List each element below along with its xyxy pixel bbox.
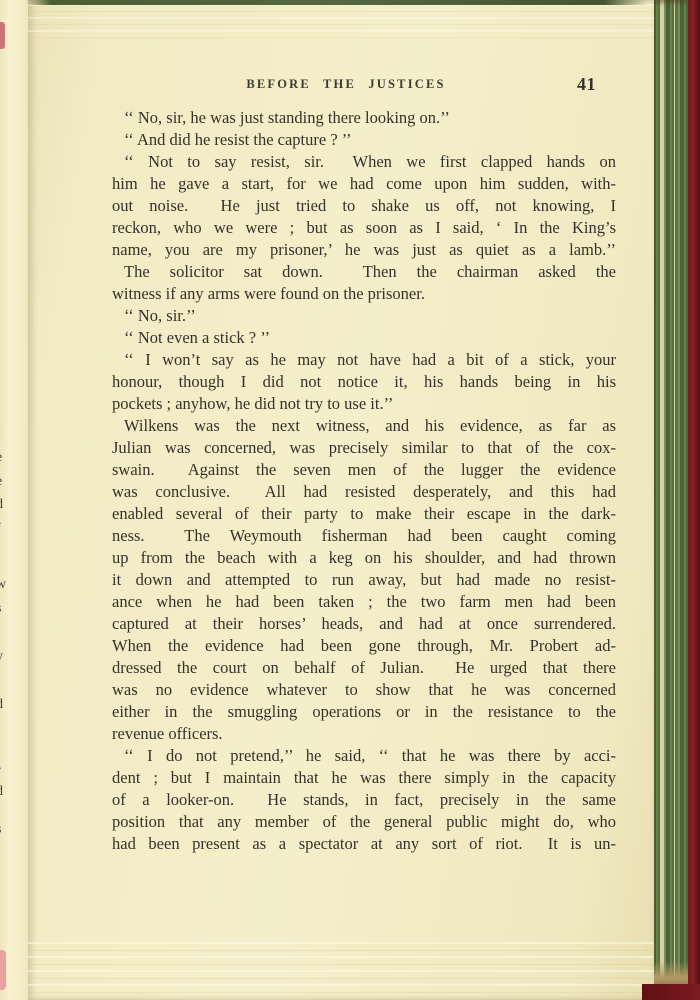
text-line: ‘‘ I won’t say as he may not have had a … [112, 349, 616, 371]
text-line: ‘‘ Not to say resist, sir. When we first… [112, 151, 616, 173]
cut-letter-fragment: d [0, 784, 3, 800]
cut-letter-fragment: w [0, 577, 6, 593]
text-line: swain. Against the seven men of the lugg… [112, 459, 616, 481]
book-page: BEFORE THE JUSTICES 41 ‘‘ No, sir, he wa… [28, 0, 658, 1000]
text-line: dressed the court on behalf of Julian. H… [112, 657, 616, 679]
page-header: BEFORE THE JUSTICES 41 [112, 77, 616, 95]
text-line: dent ; but I maintain that he was there … [112, 767, 616, 789]
cut-letter-fragment: e [0, 474, 2, 490]
text-line: it down and attempted to run away, but h… [112, 569, 616, 591]
text-line: ness. The Weymouth fisherman had been ca… [112, 525, 616, 547]
text-line: was conclusive. All had resisted despera… [112, 481, 616, 503]
cut-letter-fragment: y [0, 649, 3, 665]
text-line: Julian was concerned, was precisely simi… [112, 437, 616, 459]
cut-letter-fragment: - [0, 424, 1, 440]
running-title: BEFORE THE JUSTICES [112, 77, 580, 92]
page-text-block: ‘‘ No, sir, he was just standing there l… [112, 107, 616, 855]
text-line: was no evidence whatever to show that he… [112, 679, 616, 701]
cut-letter-fragment: s [0, 822, 1, 838]
text-line: had been present as a spectator at any s… [112, 833, 616, 855]
text-line: When the evidence had been gone through,… [112, 635, 616, 657]
text-line: him he gave a start, for we had come upo… [112, 173, 616, 195]
text-line: out noise. He just tried to shake us off… [112, 195, 616, 217]
red-edge-mark-bottom [0, 950, 6, 990]
open-book-photo: BEFORE THE JUSTICES 41 ‘‘ No, sir, he wa… [0, 0, 700, 1000]
text-line: ance when he had been taken ; the two fa… [112, 591, 616, 613]
cut-letter-fragment: d [0, 497, 3, 513]
text-line: name, you are my prisoner,’ he was just … [112, 239, 616, 261]
cover-corner [642, 984, 700, 1000]
text-line: enabled several of their party to make t… [112, 503, 616, 525]
cut-letter-fragment: s [0, 601, 1, 617]
text-line: pockets ; anyhow, he did not try to use … [112, 393, 616, 415]
text-line: ‘‘ No, sir, he was just standing there l… [112, 107, 616, 129]
text-line: The solicitor sat down. Then the chairma… [112, 261, 616, 283]
red-edge-mark-top [0, 22, 5, 49]
text-line: up from the beach with a keg on his shou… [112, 547, 616, 569]
text-line: Wilkens was the next witness, and his ev… [112, 415, 616, 437]
text-line: position that any member of the general … [112, 811, 616, 833]
page-fore-edge-stain [654, 0, 688, 986]
text-line: ‘‘ And did he resist the capture ? ’’ [112, 129, 616, 151]
cut-letter-fragment: r [0, 763, 1, 779]
cut-letter-fragment: e [0, 450, 2, 466]
page-number: 41 [577, 74, 596, 95]
page-top-edge-stain [26, 0, 648, 5]
text-line: ‘‘ No, sir.’’ [112, 305, 616, 327]
text-line: honour, though I did not notice it, his … [112, 371, 616, 393]
text-line: of a looker-on. He stands, in fact, prec… [112, 789, 616, 811]
text-line: reckon, who we were ; but as soon as I s… [112, 217, 616, 239]
cut-letter-fragment: d [0, 697, 3, 713]
text-line: ‘‘ Not even a stick ? ’’ [112, 327, 616, 349]
cut-letter-fragment: f [0, 521, 1, 537]
text-line: ‘‘ I do not pretend,’’ he said, ‘‘ that … [112, 745, 616, 767]
text-line: either in the smuggling operations or in… [112, 701, 616, 723]
facing-page-letter-fragments: -eedfwsty.dlrds [0, 0, 12, 1000]
text-line: captured at their horses’ heads, and had… [112, 613, 616, 635]
text-line: witness if any arms were found on the pr… [112, 283, 616, 305]
text-line: revenue officers. [112, 723, 616, 745]
